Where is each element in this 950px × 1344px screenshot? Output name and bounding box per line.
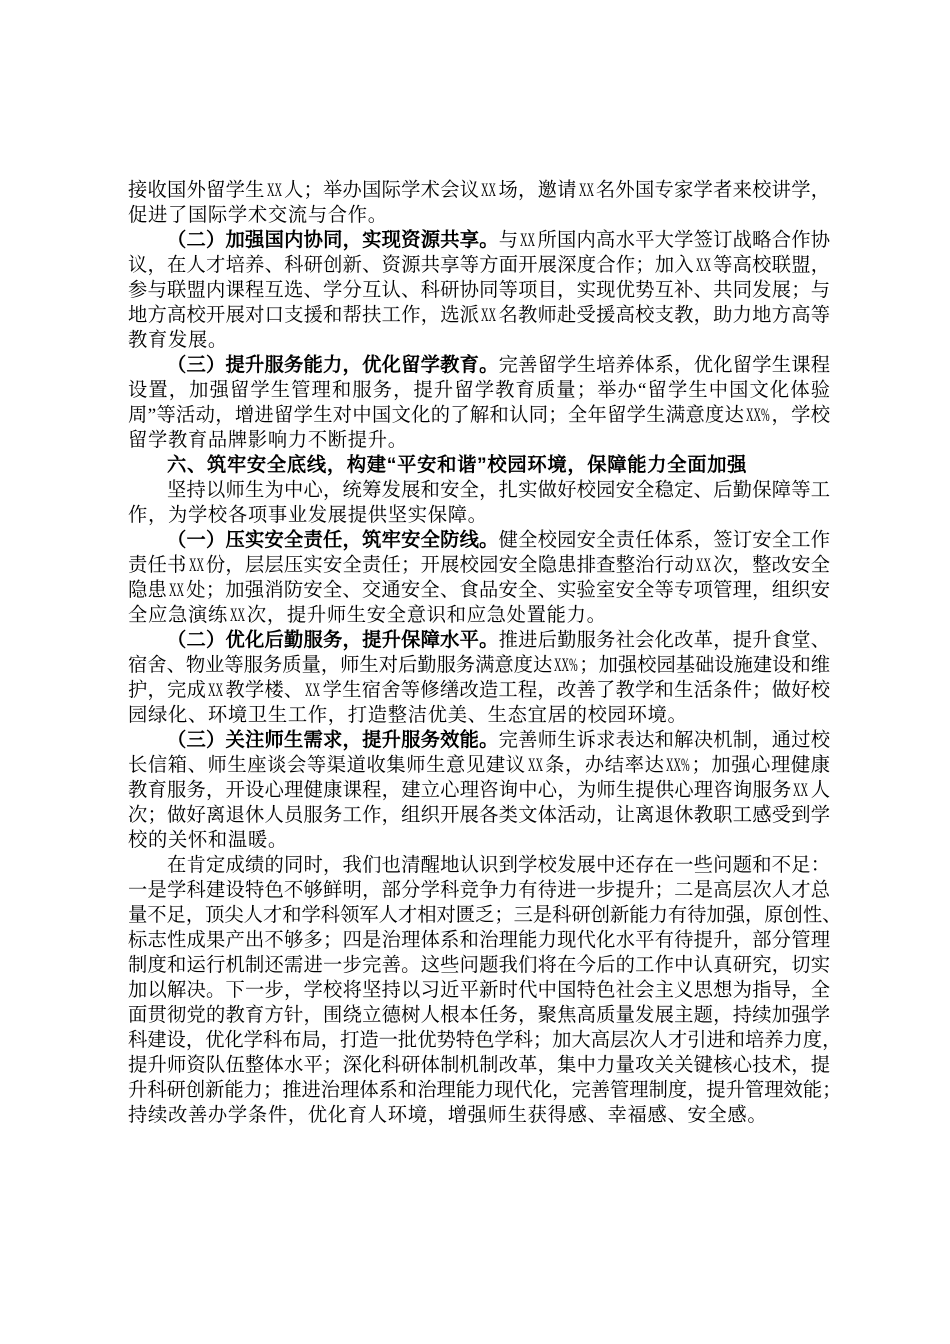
placeholder-value: XX [481,303,489,328]
section-lead-in: （三）关注师生需求，提升服务效能。 [167,730,499,751]
text-run: ，学校 [771,405,830,426]
text-run: 周”等活动，增进留学生对中国文化的了解和认同；全年留学生满意度达 [128,405,744,426]
text-line: （一）压实安全责任，筑牢安全防线。健全校园安全责任体系，签订安全工作 [128,528,830,553]
placeholder-value: XX [230,603,238,628]
text-line: 长信箱、师生座谈会等渠道收集师生意见建议XX条，办结率达XX%；加强心理健康 [128,753,830,778]
text-line: 次；做好离退休人员服务工作，组织开展各类文体活动，让离退休教职工感受到学 [128,803,830,828]
text-run: 促进了国际学术交流与合作。 [128,205,388,226]
text-line: 议，在人才培养、科研创新、资源共享等方面开展深度合作；加入XX等高校联盟， [128,253,830,278]
text-line: 园绿化、环境卫生工作，打造整洁优美、生态宜居的校园环境。 [128,703,830,728]
text-line: 作，为学校各项事业发展提供坚实保障。 [128,503,830,528]
text-run: 全应急演练 [128,605,228,626]
text-line: （二）优化后勤服务，提升保障水平。推进后勤服务社会化改革，提升食堂、 [128,628,830,653]
placeholder-value: XX [696,253,704,278]
placeholder-value: XX [481,178,489,203]
paragraph-domestic-collaboration: （二）加强国内协同，实现资源共享。与XX所国内高水平大学签订战略合作协 议，在人… [128,228,830,353]
section-lead-in: （一）压实安全责任，筑牢安全防线。 [167,530,499,551]
paragraph-staff-student-needs: （三）关注师生需求，提升服务效能。完善师生诉求表达和解决机制，通过校 长信箱、师… [128,728,830,853]
text-run: 教育发展。 [128,330,228,351]
text-line: 升科研创新能力；推进治理体系和治理能力现代化，完善管理制度，提升管理效能； [128,1078,830,1103]
text-run: 名教师赴受援高校支教，助力地方高等 [498,305,830,326]
text-run: 提升师资队伍整体水平；深化科研体制机制改革，集中力量攻关关键核心技术，提 [128,1055,830,1076]
text-line: 地方高校开展对口支援和帮扶工作，选派XX名教师赴受援高校支教，助力地方高等 [128,303,830,328]
text-run: 份，层层压实安全责任；开展校园安全隐患排查整治行动 [206,555,694,576]
document-body: 接收国外留学生XX人；举办国际学术会议XX场，邀请XX名外国专家学者来校讲学， … [128,178,830,1128]
text-run: 人 [810,780,830,801]
paragraph-logistics-service: （二）优化后勤服务，提升保障水平。推进后勤服务社会化改革，提升食堂、 宿舍、物业… [128,628,830,728]
paragraph-section-intro: 坚持以师生为中心，统筹发展和安全，扎实做好校园安全稳定、后勤保障等工 作，为学校… [128,478,830,528]
text-line: 量不足，顶尖人才和学科领军人才相对匮乏；三是科研创新能力有待加强，原创性、 [128,903,830,928]
placeholder-value: XX [169,578,177,603]
placeholder-value: XX [305,678,313,703]
placeholder-value: XX [189,553,197,578]
text-line: 加以解决。下一步，学校将坚持以习近平新时代中国特色社会主义思想为指导，全 [128,978,830,1003]
text-line: 六、筑牢安全底线，构建“平安和谐”校园环境，保障能力全面加强 [128,453,830,478]
text-run: 持续改善办学条件，优化育人环境，增强师生获得感、幸福感、安全感。 [128,1105,767,1126]
text-run: 次，提升师生安全意识和应急处置能力。 [247,605,607,626]
section-heading: 六、筑牢安全底线，构建“平安和谐”校园环境，保障能力全面加强 [167,455,747,476]
placeholder-value: XX [528,753,536,778]
section-lead-in: （三）提升服务能力，优化留学教育。 [167,355,499,376]
section-heading-six: 六、筑牢安全底线，构建“平安和谐”校园环境，保障能力全面加强 [128,453,830,478]
text-run: 处；加强消防安全、交通安全、食品安全、实验室安全等专项管理，组织安 [186,580,830,601]
text-run: 标志性成果产出不够多；四是治理体系和治理能力现代化水平有待提升，部分管理 [128,930,830,951]
text-line: 教育发展。 [128,328,830,353]
text-run: 留学教育品牌影响力不断提升。 [128,430,408,451]
text-run: 完善留学生培养体系，优化留学生课程 [499,355,830,376]
text-run: 宿舍、物业等服务质量，师生对后勤服务满意度达 [128,655,552,676]
text-run: 作，为学校各项事业发展提供坚实保障。 [128,505,488,526]
text-line: （三）关注师生需求，提升服务效能。完善师生诉求表达和解决机制，通过校 [128,728,830,753]
text-run: ；加强校园基础设施建设和维 [579,655,830,676]
section-lead-in: （二）加强国内协同，实现资源共享。 [167,230,499,251]
text-run: 教育服务，开设心理健康课程，建立心理咨询中心，为师生提供心理咨询服务 [128,780,791,801]
text-run: 条，办结率达 [545,755,665,776]
text-line: 宿舍、物业等服务质量，师生对后勤服务满意度达XX%；加强校园基础设施建设和维 [128,653,830,678]
text-run: 参与联盟内课程互选、学分互认、科研协同等项目，实现优势互补、共同发展；与 [128,280,830,301]
text-run: 科建设，优化学科布局，打造一批优势特色学科；加大高层次人才引进和培养力度， [128,1030,841,1051]
text-run: 健全校园安全责任体系，签订安全工作 [499,530,830,551]
text-run: 次；做好离退休人员服务工作，组织开展各类文体活动，让离退休教职工感受到学 [128,805,830,826]
text-run: 完善师生诉求表达和解决机制，通过校 [499,730,830,751]
placeholder-value: XX [520,228,528,253]
placeholder-value: XX [579,178,587,203]
text-line: 坚持以师生为中心，统筹发展和安全，扎实做好校园安全稳定、后勤保障等工 [128,478,830,503]
text-line: 科建设，优化学科布局，打造一批优势特色学科；加大高层次人才引进和培养力度， [128,1028,830,1053]
text-run: 校的关怀和温暖。 [128,830,288,851]
placeholder-value: XX [696,553,704,578]
text-run: 制度和运行机制还需进一步完善。这些问题我们将在今后的工作中认真研究，切实 [128,955,830,976]
text-line: 持续改善办学条件，优化育人环境，增强师生获得感、幸福感、安全感。 [128,1103,830,1128]
text-run: 接收国外留学生 [128,180,265,201]
document-page: 接收国外留学生XX人；举办国际学术会议XX场，邀请XX名外国专家学者来校讲学， … [0,0,950,1344]
section-lead-in: （二）优化后勤服务，提升保障水平。 [167,630,499,651]
placeholder-percentage: XX% [554,653,567,678]
text-run: 与 [499,230,519,251]
text-run: 园绿化、环境卫生工作，打造整洁优美、生态宜居的校园环境。 [128,705,687,726]
placeholder-value: XX [267,178,275,203]
text-line: 制度和运行机制还需进一步完善。这些问题我们将在今后的工作中认真研究，切实 [128,953,830,978]
paragraph-international-exchange: 接收国外留学生XX人；举办国际学术会议XX场，邀请XX名外国专家学者来校讲学， … [128,178,830,228]
text-line: 标志性成果产出不够多；四是治理体系和治理能力现代化水平有待提升，部分管理 [128,928,830,953]
text-line: 参与联盟内课程互选、学分互认、科研协同等项目，实现优势互补、共同发展；与 [128,278,830,303]
text-run: 隐患 [128,580,167,601]
text-run: ；加强心理健康 [691,755,830,776]
text-run: 护，完成 [128,680,206,701]
paragraph-problems-next-steps: 在肯定成绩的同时，我们也清醒地认识到学校发展中还存在一些问题和不足： 一是学科建… [128,853,830,1128]
placeholder-value: XX [208,678,216,703]
paragraph-international-students: （三）提升服务能力，优化留学教育。完善留学生培养体系，优化留学生课程 设置，加强… [128,353,830,453]
placeholder-percentage: XX% [746,403,759,428]
text-line: 教育服务，开设心理健康课程，建立心理咨询中心，为师生提供心理咨询服务XX人 [128,778,830,803]
text-run: 学生宿舍等修缮改造工程，改善了教学和生活条件；做好校 [322,680,830,701]
text-run: 升科研创新能力；推进治理体系和治理能力现代化，完善管理制度，提升管理效能； [128,1080,841,1101]
text-run: 次，整改安全 [713,555,830,576]
text-line: 一是学科建设特色不够鲜明，部分学科竞争力有待进一步提升；二是高层次人才总 [128,878,830,903]
text-line: 接收国外留学生XX人；举办国际学术会议XX场，邀请XX名外国专家学者来校讲学， [128,178,830,203]
text-line: 护，完成XX教学楼、XX学生宿舍等修缮改造工程，改善了教学和生活条件；做好校 [128,678,830,703]
text-run: 人；举办国际学术会议 [284,180,480,201]
text-run: 在肯定成绩的同时，我们也清醒地认识到学校发展中还存在一些问题和不足： [167,855,830,876]
placeholder-value: XX [793,778,801,803]
text-line: 在肯定成绩的同时，我们也清醒地认识到学校发展中还存在一些问题和不足： [128,853,830,878]
text-line: 留学教育品牌影响力不断提升。 [128,428,830,453]
text-line: 促进了国际学术交流与合作。 [128,203,830,228]
text-line: 面贯彻党的教育方针，围绕立德树人根本任务，聚焦高质量发展主题，持续加强学 [128,1003,830,1028]
text-line: 校的关怀和温暖。 [128,828,830,853]
text-line: （二）加强国内协同，实现资源共享。与XX所国内高水平大学签订战略合作协 [128,228,830,253]
text-line: 提升师资队伍整体水平；深化科研体制机制改革，集中力量攻关关键核心技术，提 [128,1053,830,1078]
text-run: 等高校联盟， [713,255,830,276]
text-run: 长信箱、师生座谈会等渠道收集师生意见建议 [128,755,526,776]
text-run: 一是学科建设特色不够鲜明，部分学科竞争力有待进一步提升；二是高层次人才总 [128,880,830,901]
text-run: 设置，加强留学生管理和服务，提升留学教育质量；举办“留学生中国文化体验 [128,380,830,401]
text-line: 全应急演练XX次，提升师生安全意识和应急处置能力。 [128,603,830,628]
text-run: 面贯彻党的教育方针，围绕立德树人根本任务，聚焦高质量发展主题，持续加强学 [128,1005,830,1026]
text-run: 加以解决。下一步，学校将坚持以习近平新时代中国特色社会主义思想为指导，全 [128,980,830,1001]
text-run: 地方高校开展对口支援和帮扶工作，选派 [128,305,479,326]
text-run: 坚持以师生为中心，统筹发展和安全，扎实做好校园安全稳定、后勤保障等工 [167,480,830,501]
paragraph-safety-responsibility: （一）压实安全责任，筑牢安全防线。健全校园安全责任体系，签订安全工作 责任书XX… [128,528,830,628]
text-run: 责任书 [128,555,187,576]
text-run: 所国内高水平大学签订战略合作协 [537,230,830,251]
text-line: 周”等活动，增进留学生对中国文化的了解和认同；全年留学生满意度达XX%，学校 [128,403,830,428]
text-run: 议，在人才培养、科研创新、资源共享等方面开展深度合作；加入 [128,255,694,276]
text-line: 设置，加强留学生管理和服务，提升留学教育质量；举办“留学生中国文化体验 [128,378,830,403]
text-line: （三）提升服务能力，优化留学教育。完善留学生培养体系，优化留学生课程 [128,353,830,378]
text-run: 量不足，顶尖人才和学科领军人才相对匮乏；三是科研创新能力有待加强，原创性、 [128,905,841,926]
text-line: 隐患XX处；加强消防安全、交通安全、食品安全、实验室安全等专项管理，组织安 [128,578,830,603]
placeholder-percentage: XX% [666,753,679,778]
text-run: 教学楼、 [225,680,303,701]
text-line: 责任书XX份，层层压实安全责任；开展校园安全隐患排查整治行动XX次，整改安全 [128,553,830,578]
text-run: 推进后勤服务社会化改革，提升食堂、 [499,630,830,651]
text-run: 名外国专家学者来校讲学， [596,180,830,201]
text-run: 场，邀请 [498,180,576,201]
